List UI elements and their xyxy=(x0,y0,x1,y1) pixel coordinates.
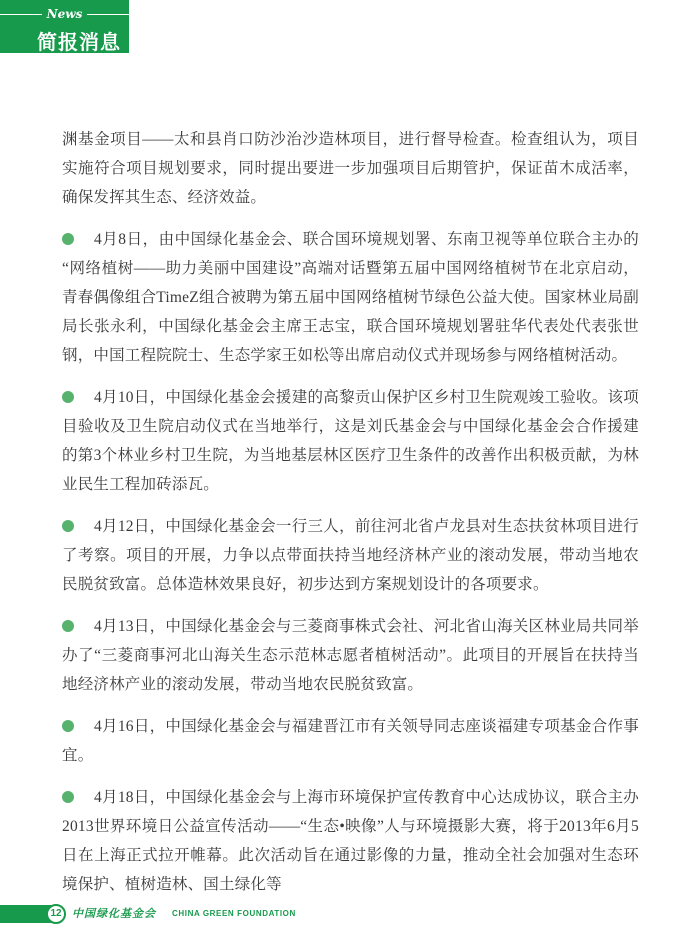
paragraph-text: 4月16日，中国绿化基金会与福建晋江市有关领导同志座谈福建专项基金合作事宜。 xyxy=(62,718,639,764)
news-rule: News xyxy=(0,7,129,21)
paragraph-text: 4月10日，中国绿化基金会援建的高黎贡山保护区乡村卫生院观竣工验收。该项目验收及… xyxy=(62,389,639,493)
page-number: 12 xyxy=(50,909,61,919)
news-paragraph: 4月12日，中国绿化基金会一行三人，前往河北省卢龙县对生态扶贫林项目进行了考察。… xyxy=(62,512,639,599)
bullet-icon xyxy=(62,791,74,803)
news-paragraph: 4月8日，由中国绿化基金会、联合国环境规划署、东南卫视等单位联合主办的“网络植树… xyxy=(62,225,639,370)
news-content: 渊基金项目——太和县肖口防沙治沙造林项目，进行督导检查。检查组认为，项目实施符合… xyxy=(62,125,639,912)
page-number-badge: 12 xyxy=(46,904,66,924)
footer-bar xyxy=(0,905,52,923)
news-paragraph: 4月10日，中国绿化基金会援建的高黎贡山保护区乡村卫生院观竣工验收。该项目验收及… xyxy=(62,383,639,499)
bullet-icon xyxy=(62,520,74,532)
news-paragraph: 4月13日，中国绿化基金会与三菱商事株式会社、河北省山海关区林业局共同举办了“三… xyxy=(62,612,639,699)
paragraph-text: 渊基金项目——太和县肖口防沙治沙造林项目，进行督导检查。检查组认为，项目实施符合… xyxy=(62,131,639,206)
paragraph-text: 4月13日，中国绿化基金会与三菱商事株式会社、河北省山海关区林业局共同举办了“三… xyxy=(62,618,639,693)
rule-left xyxy=(0,14,42,15)
section-title: 简报消息 xyxy=(0,21,129,55)
news-label: News xyxy=(47,8,83,20)
section-header: News 简报消息 xyxy=(0,0,129,53)
page-footer: 12 中国绿化基金会 CHINA GREEN FOUNDATION xyxy=(0,903,700,925)
paragraph-text: 4月8日，由中国绿化基金会、联合国环境规划署、东南卫视等单位联合主办的“网络植树… xyxy=(62,231,639,364)
paragraph-text: 4月12日，中国绿化基金会一行三人，前往河北省卢龙县对生态扶贫林项目进行了考察。… xyxy=(62,518,639,593)
bullet-icon xyxy=(62,720,74,732)
bullet-icon xyxy=(62,620,74,632)
org-name-english: CHINA GREEN FOUNDATION xyxy=(172,910,296,918)
news-paragraph: 4月18日，中国绿化基金会与上海市环境保护宣传教育中心达成协议，联合主办2013… xyxy=(62,783,639,899)
rule-right xyxy=(87,14,129,15)
news-paragraph: 4月16日，中国绿化基金会与福建晋江市有关领导同志座谈福建专项基金合作事宜。 xyxy=(62,712,639,770)
paragraph-text: 4月18日，中国绿化基金会与上海市环境保护宣传教育中心达成协议，联合主办2013… xyxy=(62,789,639,893)
bullet-icon xyxy=(62,233,74,245)
org-name-chinese: 中国绿化基金会 xyxy=(72,908,156,919)
news-paragraph-continuation: 渊基金项目——太和县肖口防沙治沙造林项目，进行督导检查。检查组认为，项目实施符合… xyxy=(62,125,639,212)
bullet-icon xyxy=(62,391,74,403)
